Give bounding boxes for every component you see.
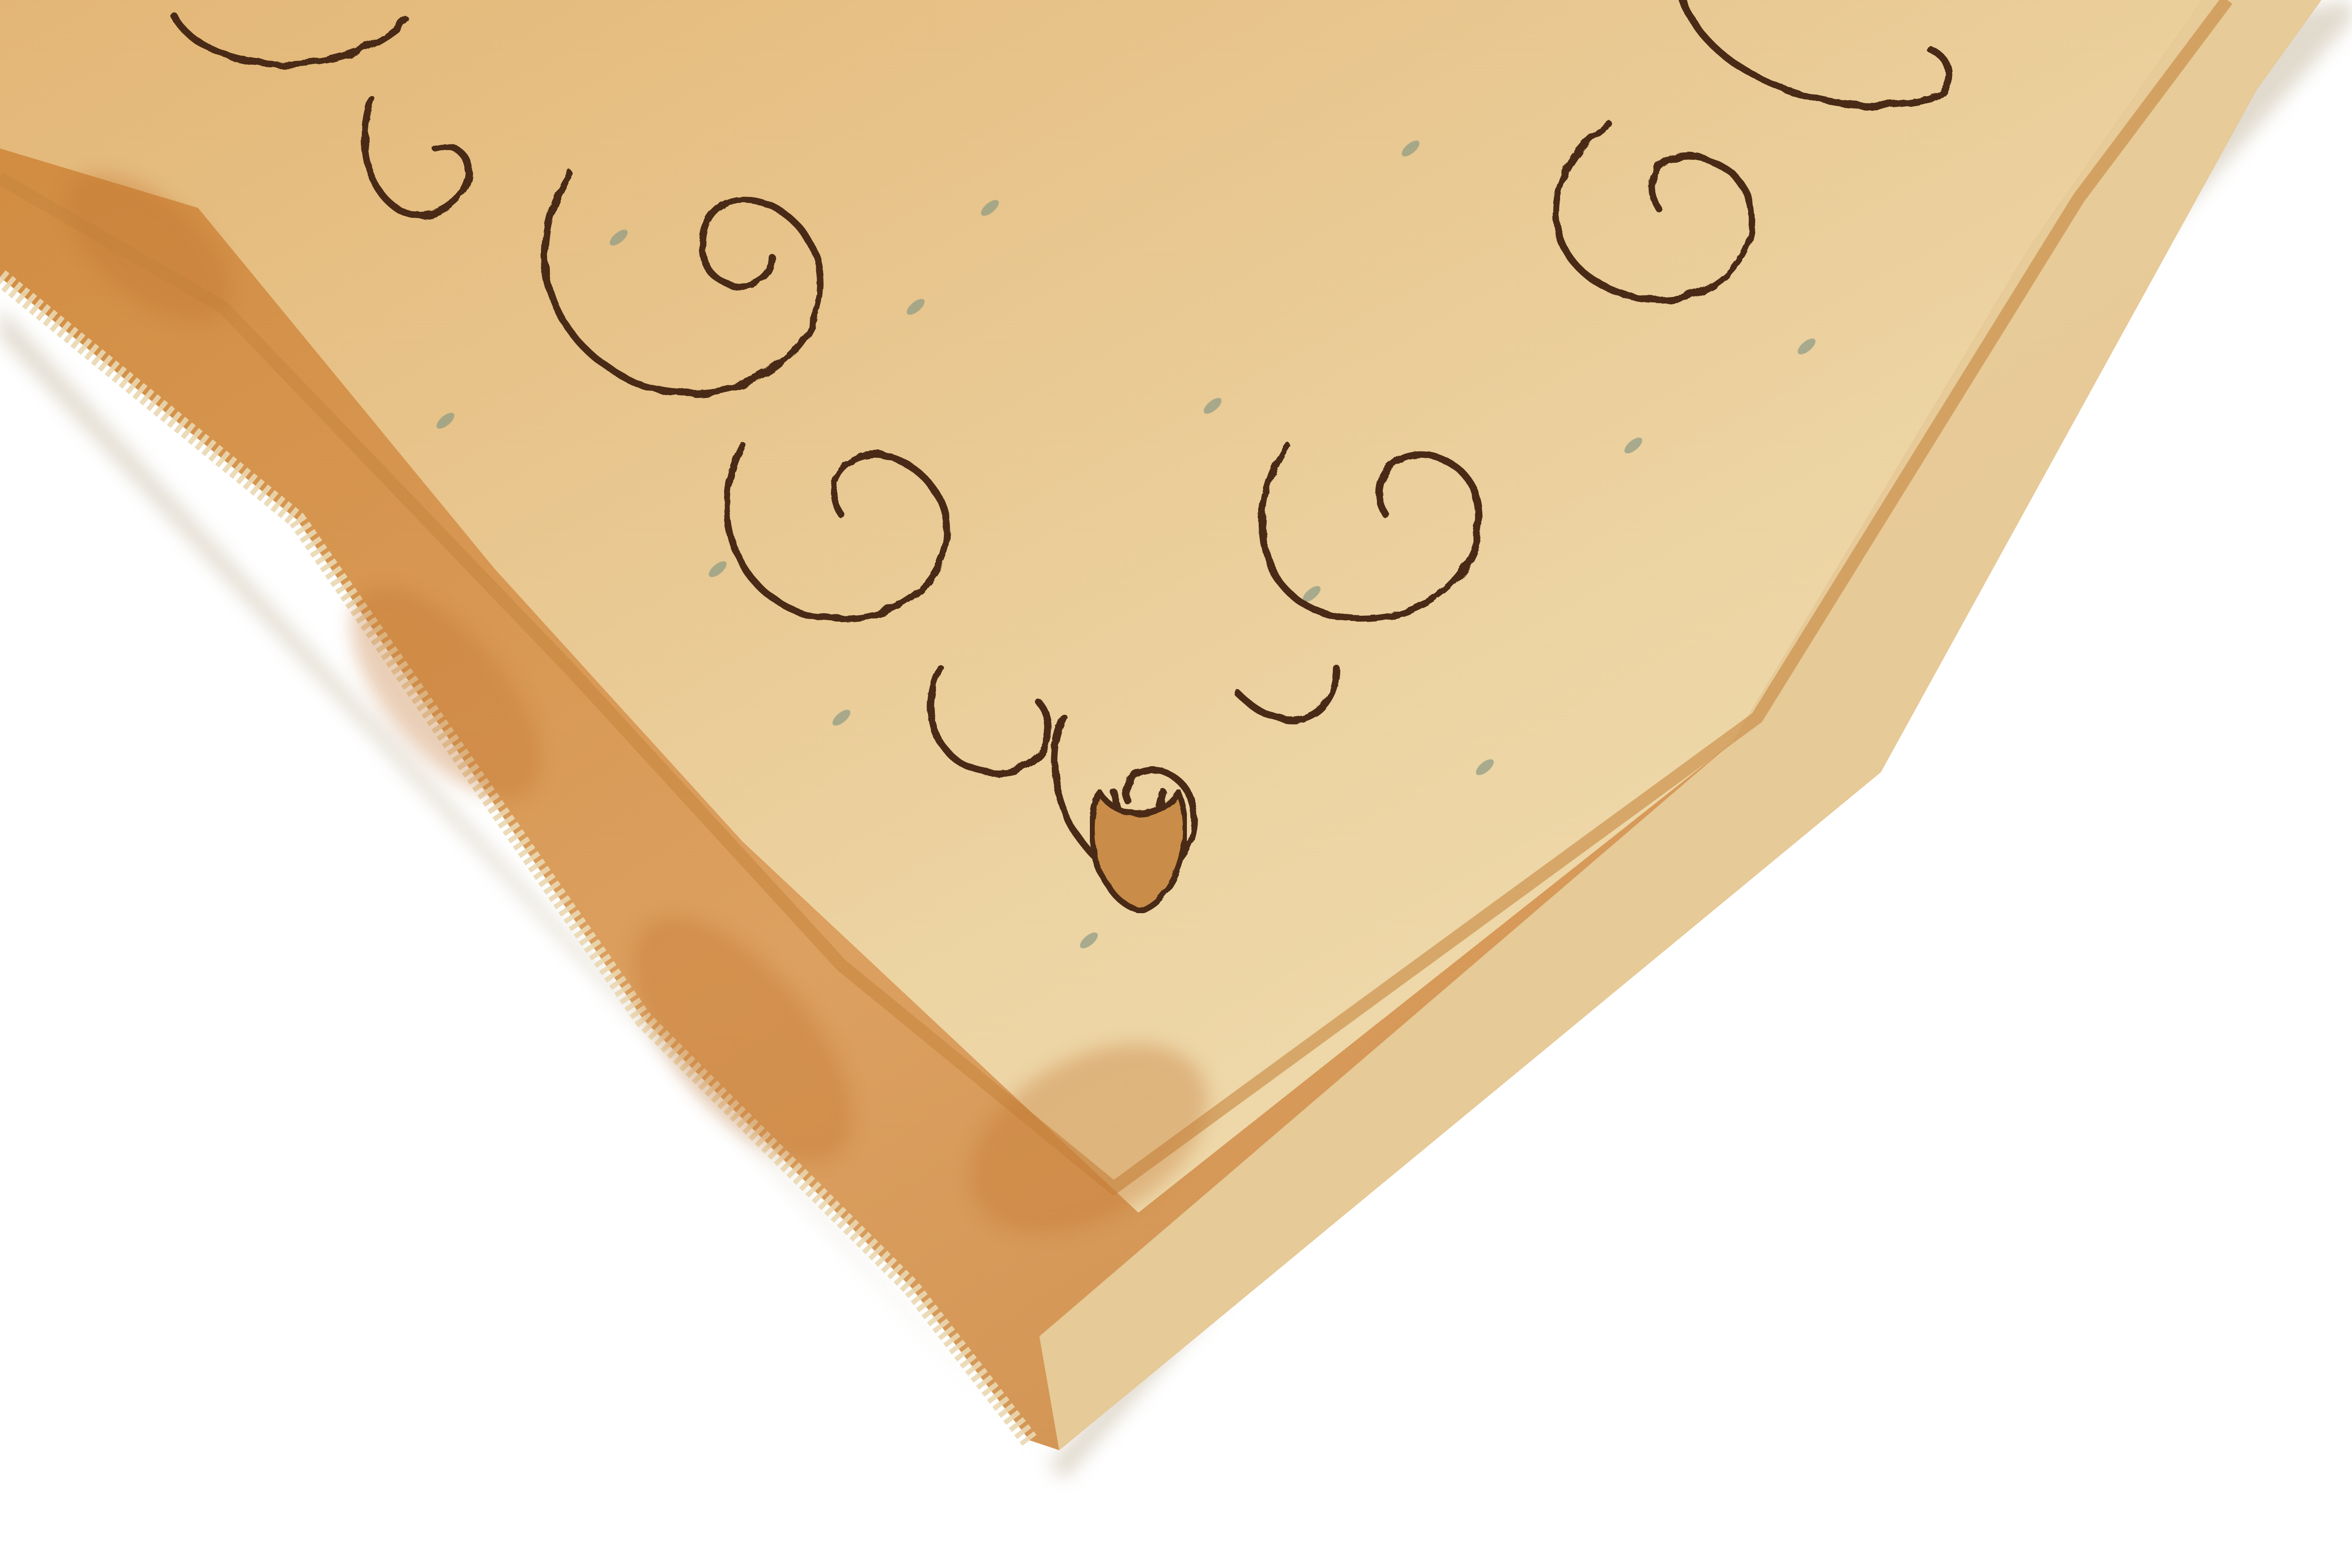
rug-illustration bbox=[0, 0, 2352, 1568]
rug-photo: Corner of an antique rug with scrolling … bbox=[0, 0, 2352, 1568]
